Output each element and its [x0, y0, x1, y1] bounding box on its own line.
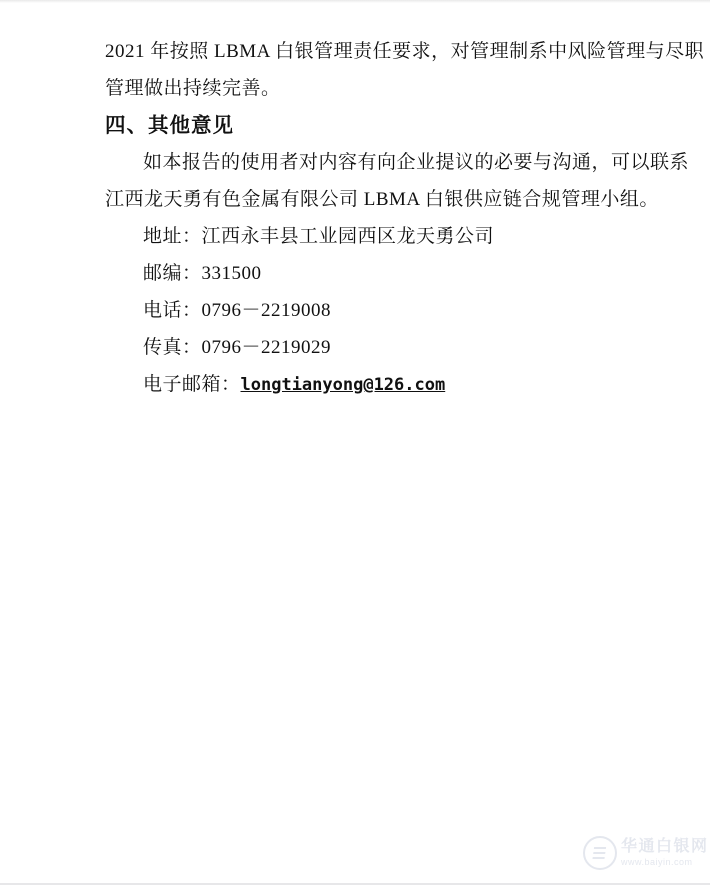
email-link[interactable]: longtianyong@126.com	[241, 375, 446, 395]
watermark-site-name: 华通白银网	[621, 839, 709, 855]
email-label: 电子邮箱：	[143, 374, 241, 395]
body-paragraph-line-2: 江西龙天勇有色金属有限公司 LBMA 白银供应链合规管理小组。	[105, 189, 650, 211]
fax-label: 传真：	[143, 337, 202, 358]
postcode-value: 331500	[202, 263, 262, 284]
phone-label: 电话：	[143, 300, 202, 321]
page-bottom-edge	[0, 883, 710, 885]
contact-row-postcode: 邮编：331500	[105, 263, 650, 285]
page-top-edge	[0, 0, 710, 3]
contact-row-email: 电子邮箱：longtianyong@126.com	[105, 374, 650, 396]
fax-value: 0796－2219029	[202, 337, 332, 358]
document-page: 2021 年按照 LBMA 白银管理责任要求，对管理制系中风险管理与尽职 管理做…	[0, 0, 710, 888]
section-heading: 四、其他意见	[105, 115, 650, 138]
body-paragraph-line-1: 如本报告的使用者对内容有向企业提议的必要与沟通，可以联系	[105, 152, 650, 174]
watermark-logo-icon	[583, 836, 617, 870]
address-label: 地址：	[143, 226, 202, 247]
watermark-logo-bars	[594, 847, 606, 849]
watermark: 华通白银网 www.baiyin.com	[583, 836, 709, 870]
intro-paragraph-line-1: 2021 年按照 LBMA 白银管理责任要求，对管理制系中风险管理与尽职	[105, 41, 650, 63]
document-content: 2021 年按照 LBMA 白银管理责任要求，对管理制系中风险管理与尽职 管理做…	[105, 41, 650, 411]
contact-row-phone: 电话：0796－2219008	[105, 300, 650, 322]
contact-row-fax: 传真：0796－2219029	[105, 337, 650, 359]
postcode-label: 邮编：	[143, 263, 202, 284]
watermark-site-url: www.baiyin.com	[621, 858, 709, 867]
watermark-text: 华通白银网 www.baiyin.com	[621, 839, 709, 867]
phone-value: 0796－2219008	[202, 300, 332, 321]
address-value: 江西永丰县工业园西区龙天勇公司	[202, 226, 495, 247]
contact-row-address: 地址：江西永丰县工业园西区龙天勇公司	[105, 226, 650, 248]
intro-paragraph-line-2: 管理做出持续完善。	[105, 78, 650, 100]
